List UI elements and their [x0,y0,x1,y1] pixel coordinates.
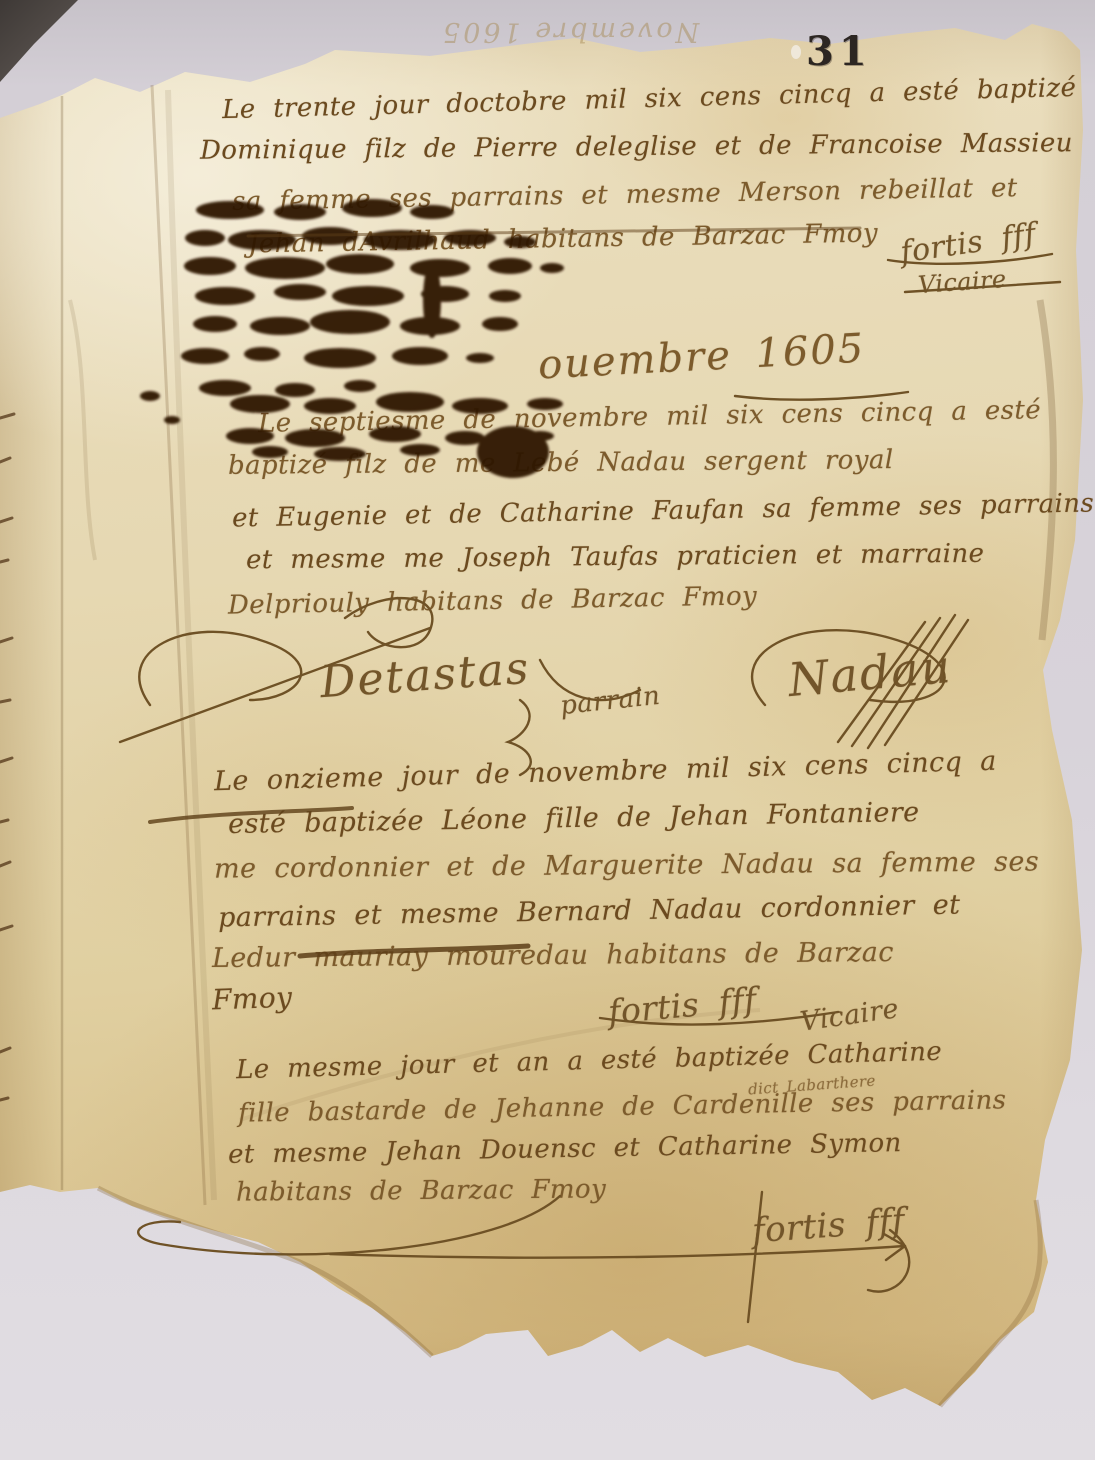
left-margin-ink-marks [0,414,14,1100]
scanned-manuscript-page: Novembre 1605 31 Le trente jour doctobre… [0,0,1095,1460]
strike-through-marks [150,228,860,956]
ink-overlay [0,0,1095,1460]
signature-flourishes [120,254,1060,1322]
paper-hole [791,45,801,59]
ink-blot-cluster [140,199,564,478]
